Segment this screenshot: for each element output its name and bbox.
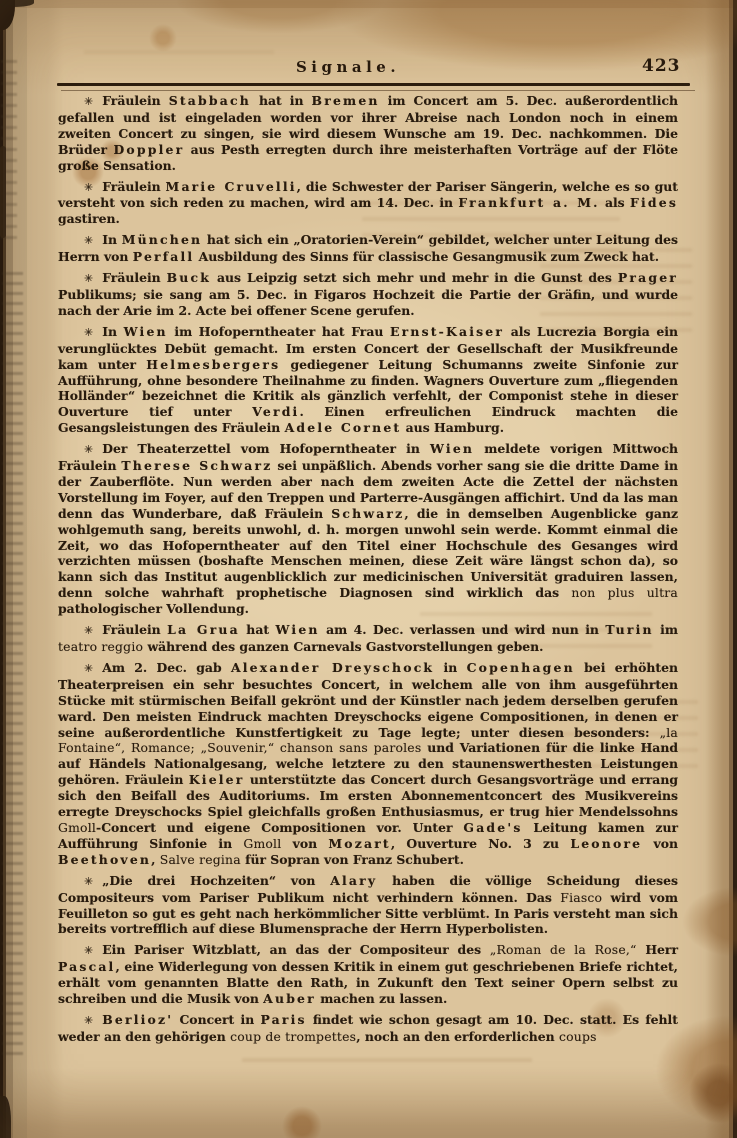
text-segment: Paris	[260, 1012, 306, 1027]
journal-title: Signale.	[58, 58, 638, 76]
text-segment: hat	[240, 622, 276, 637]
text-segment: im	[654, 622, 678, 637]
text-segment: pathologischer Vollendung.	[58, 601, 249, 616]
text-segment: Mozart	[328, 836, 391, 851]
paragraph: ✳„Die drei Hochzeiten“ von Alary haben d…	[58, 873, 678, 938]
text-segment: Kieler	[189, 772, 245, 787]
paragraph: ✳Ein Pariser Witzblatt, an das der Compo…	[58, 942, 678, 1007]
bleedthrough-ghost	[242, 1058, 532, 1073]
paragraph: ✳Fräulein Buck aus Leipzig setzt sich me…	[58, 270, 678, 319]
paragraph: ✳Fräulein Marie Cruvelli, die Schwester …	[58, 179, 678, 228]
paragraph: ✳Berlioz' Concert in Paris findet wie sc…	[58, 1012, 678, 1045]
text-segment: Gade's	[463, 820, 522, 835]
text-segment: „Die drei Hochzeiten“ von	[102, 873, 330, 888]
paragraph: ✳Am 2. Dec. gab Alexander Dreyschock in …	[58, 660, 678, 868]
text-segment: hat in	[251, 93, 312, 108]
text-segment: teatro reggio	[58, 639, 143, 654]
text-segment: Gmoll	[58, 820, 96, 835]
text-segment: Ausbildung des Sinns für classische Gesa…	[194, 249, 659, 264]
text-segment: Stabbach	[169, 93, 251, 108]
text-segment: Helmesbergers	[146, 357, 280, 372]
text-segment: während des ganzen Carnevals Gastvorstel…	[143, 639, 543, 654]
text-segment: coups	[559, 1029, 597, 1044]
text-segment: Der Theaterzettel vom Hofoperntheater in	[102, 441, 430, 456]
text-segment: Copenhagen	[467, 660, 575, 675]
paragraph-marker-icon: ✳	[84, 944, 93, 957]
text-segment: „Roman de la Rose,“	[490, 942, 637, 957]
text-segment: , noch an den erforderlichen	[356, 1029, 559, 1044]
page-number: 423	[642, 56, 692, 76]
text-segment: in	[434, 660, 466, 675]
paragraph-marker-icon: ✳	[84, 875, 93, 888]
text-segment: Perfall	[133, 249, 195, 264]
article-body: ✳Fräulein Stabbach hat in Bremen im Conc…	[58, 93, 678, 1050]
paragraph-marker-icon: ✳	[84, 1014, 93, 1027]
text-segment: La Grua	[167, 622, 240, 637]
text-segment: Buck	[167, 270, 211, 285]
text-segment: Wien	[430, 441, 474, 456]
text-segment: Herr	[637, 942, 678, 957]
text-segment: Pascal	[58, 959, 115, 974]
text-segment: von	[642, 836, 678, 851]
text-segment: aus Hamburg.	[401, 420, 504, 435]
text-segment: In	[102, 232, 121, 247]
text-segment: als	[600, 195, 630, 210]
text-segment: Bremen	[312, 93, 380, 108]
text-segment: Marie Cruvelli	[166, 179, 297, 194]
text-segment: Alexander Dreyschock	[231, 660, 434, 675]
text-segment: Fräulein	[102, 179, 165, 194]
paragraph-marker-icon: ✳	[84, 326, 93, 339]
text-segment: Schwarz	[331, 506, 404, 521]
text-segment: non plus ultra	[571, 585, 678, 600]
gutter-facing-page-marks	[2, 272, 23, 1062]
text-segment: im Hofoperntheater hat Frau	[168, 324, 390, 339]
masthead-rule-thick	[57, 83, 690, 86]
text-segment: Wien	[124, 324, 168, 339]
text-segment: Fides	[630, 195, 678, 210]
paragraph: ✳Fräulein La Grua hat Wien am 4. Dec. ve…	[58, 622, 678, 655]
text-segment: Fiasco	[560, 890, 602, 905]
text-segment: Concert in	[173, 1012, 260, 1027]
text-segment: , Ouverture No. 3 zu	[391, 836, 570, 851]
text-segment: Prager	[618, 270, 678, 285]
text-segment: für Sopran von Franz Schubert.	[241, 852, 464, 867]
text-segment: Leonore	[570, 836, 642, 851]
masthead-rule-thin	[61, 90, 695, 91]
paragraph-marker-icon: ✳	[84, 624, 93, 637]
text-segment: Doppler	[113, 142, 184, 157]
text-segment: am 4. Dec. verlassen und wird nun in	[320, 622, 606, 637]
binding-edge-mark	[0, 146, 6, 238]
paragraph-marker-icon: ✳	[84, 234, 93, 247]
paragraph: ✳In München hat sich ein „Oratorien-Vere…	[58, 232, 678, 265]
paragraph: ✳Fräulein Stabbach hat in Bremen im Conc…	[58, 93, 678, 174]
text-segment: coup de trompettes	[230, 1029, 356, 1044]
text-segment: Frankfurt a. M.	[458, 195, 599, 210]
paragraph-marker-icon: ✳	[84, 662, 93, 675]
text-segment: Gmoll	[243, 836, 281, 851]
text-segment: gastiren.	[58, 211, 120, 226]
text-segment: Berlioz'	[102, 1012, 173, 1027]
text-segment: Adele Cornet	[285, 420, 402, 435]
text-segment: ,	[151, 852, 160, 867]
text-segment: Auber	[263, 991, 316, 1006]
paragraph-marker-icon: ✳	[84, 95, 93, 108]
text-segment: Fräulein	[102, 93, 169, 108]
text-segment: machen zu lassen.	[316, 991, 447, 1006]
text-segment: Fräulein	[102, 270, 166, 285]
paragraph-marker-icon: ✳	[84, 272, 93, 285]
text-segment: Verdi	[252, 404, 299, 419]
text-segment: aus Leipzig setzt sich mehr und mehr in …	[211, 270, 618, 285]
text-segment: Alary	[330, 873, 377, 888]
text-segment: Ein Pariser Witzblatt, an das der Compos…	[102, 942, 490, 957]
text-segment: München	[122, 232, 203, 247]
text-segment: In	[102, 324, 123, 339]
text-segment: Am 2. Dec. gab	[102, 660, 231, 675]
text-segment: Turin	[605, 622, 653, 637]
text-segment: Publikums; sie sang am 5. Dec. in Figaro…	[58, 287, 678, 318]
text-segment: Ernst-Kaiser	[390, 324, 504, 339]
text-segment: Beethoven	[58, 852, 151, 867]
text-segment: Wien	[276, 622, 320, 637]
text-segment: Salve regina	[160, 852, 241, 867]
text-segment: Therese Schwarz	[121, 458, 272, 473]
paragraph: ✳In Wien im Hofoperntheater hat Frau Ern…	[58, 324, 678, 436]
paragraph-marker-icon: ✳	[84, 181, 93, 194]
text-segment: von	[281, 836, 328, 851]
paragraph: ✳Der Theaterzettel vom Hofoperntheater i…	[58, 441, 678, 617]
text-segment: -Concert und eigene Compositionen vor. U…	[96, 820, 463, 835]
paragraph-marker-icon: ✳	[84, 443, 93, 456]
text-segment: Fräulein	[102, 622, 167, 637]
scanned-journal-page: { "header": { "title": "Signale.", "page…	[0, 0, 737, 1138]
